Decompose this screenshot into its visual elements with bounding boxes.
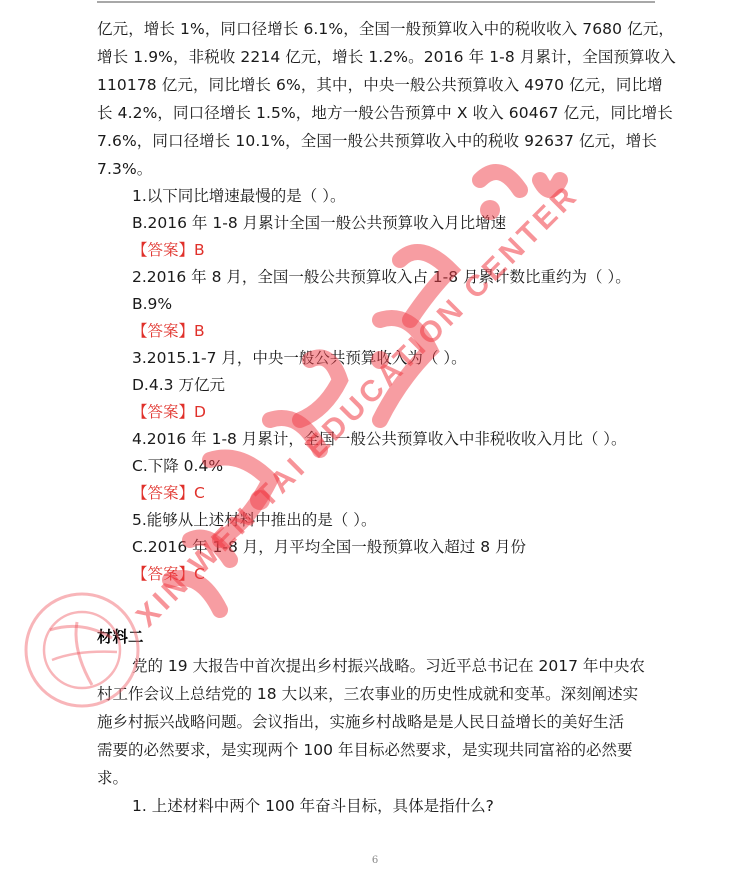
question-1: 1.以下同比增速最慢的是（ ）。 bbox=[97, 183, 657, 210]
header-rule bbox=[97, 1, 655, 3]
text-line: 村工作会议上总结党的 18 大以来，三农事业的历史性成就和变革。深刻阐述实 bbox=[97, 680, 657, 708]
text-line: 需要的必然要求，是实现两个 100 年目标必然要求，是实现共同富裕的必然要 bbox=[97, 736, 657, 764]
text-line: 110178 亿元，同比增长 6%，其中，中央一般公共预算收入 4970 亿元，… bbox=[97, 71, 657, 99]
material-2-heading: 材料二 bbox=[97, 622, 657, 652]
text-line: 党的 19 大报告中首次提出乡村振兴战略。习近平总书记在 2017 年中央农 bbox=[97, 652, 657, 680]
material-2-question-1: 1. 上述材料中两个 100 年奋斗目标，具体是指什么? bbox=[97, 792, 657, 820]
question-3-answer: 【答案】D bbox=[97, 399, 657, 426]
question-5-option: C.2016 年 1-8 月，月平均全国一般预算收入超过 8 月份 bbox=[97, 534, 657, 561]
question-4-option: C.下降 0.4% bbox=[97, 453, 657, 480]
paragraph-1: 亿元，增长 1%，同口径增长 6.1%，全国一般预算收入中的税收收入 7680 … bbox=[97, 15, 657, 183]
question-5: 5.能够从上述材料中推出的是（ ）。 bbox=[97, 507, 657, 534]
text-line: 长 4.2%，同口径增长 1.5%，地方一般公告预算中 X 收入 60467 亿… bbox=[97, 99, 657, 127]
text-line: 施乡村振兴战略问题。会议指出，实施乡村战略是是人民日益增长的美好生活 bbox=[97, 708, 657, 736]
material-2: 材料二 党的 19 大报告中首次提出乡村振兴战略。习近平总书记在 2017 年中… bbox=[97, 622, 657, 820]
text-line: 亿元，增长 1%，同口径增长 6.1%，全国一般预算收入中的税收收入 7680 … bbox=[97, 15, 657, 43]
question-1-option: B.2016 年 1-8 月累计全国一般公共预算收入月比增速 bbox=[97, 210, 657, 237]
question-2-answer: 【答案】B bbox=[97, 318, 657, 345]
question-4-answer: 【答案】C bbox=[97, 480, 657, 507]
text-line: 7.3%。 bbox=[97, 155, 657, 183]
question-4: 4.2016 年 1-8 月累计，全国一般公共预算收入中非税收收入月比（ ）。 bbox=[97, 426, 657, 453]
question-list: 1.以下同比增速最慢的是（ ）。 B.2016 年 1-8 月累计全国一般公共预… bbox=[97, 183, 657, 588]
question-3: 3.2015.1-7 月，中央一般公共预算收入为（ ）。 bbox=[97, 345, 657, 372]
text-line: 求。 bbox=[97, 764, 657, 792]
question-3-option: D.4.3 万亿元 bbox=[97, 372, 657, 399]
document-page: 亿元，增长 1%，同口径增长 6.1%，全国一般预算收入中的税收收入 7680 … bbox=[97, 15, 657, 820]
question-5-answer: 【答案】C bbox=[97, 561, 657, 588]
text-line: 增长 1.9%，非税收 2214 亿元，增长 1.2%。2016 年 1-8 月… bbox=[97, 43, 657, 71]
question-2: 2.2016 年 8 月，全国一般公共预算收入占 1-8 月累计数比重约为（ ）… bbox=[97, 264, 657, 291]
page-number: 6 bbox=[0, 855, 750, 866]
spacer bbox=[97, 588, 657, 622]
question-1-answer: 【答案】B bbox=[97, 237, 657, 264]
question-2-option: B.9% bbox=[97, 291, 657, 318]
text-line: 7.6%，同口径增长 10.1%，全国一般公共预算收入中的税收 92637 亿元… bbox=[97, 127, 657, 155]
